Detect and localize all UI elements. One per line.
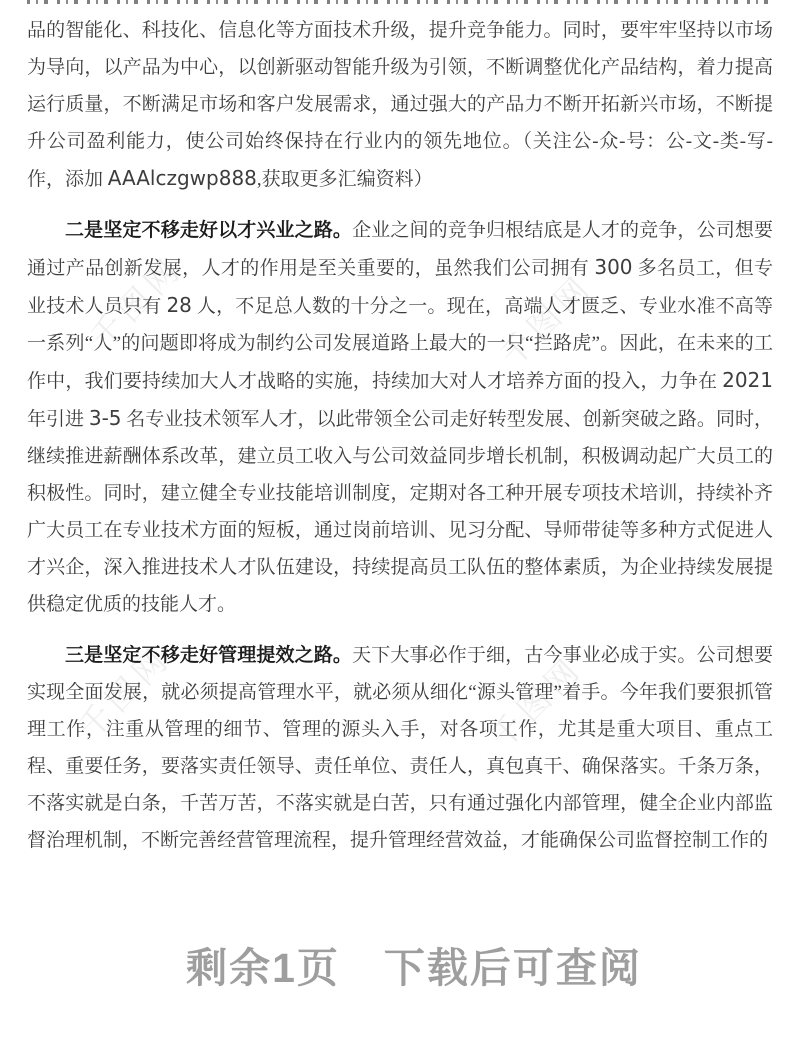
paragraph-2: 二是坚定不移走好以才兴业之路。企业之间的竞争归根结底是人才的竞争，公司想要通过产… xyxy=(27,212,773,623)
document-preview-page: 千图网 千图网 千图网 千图网 品的智能化、科技化、信息化等方面技术升级，提升竞… xyxy=(0,0,800,1050)
document-body: 品的智能化、科技化、信息化等方面技术升级，提升竞争能力。同时，要牢牢坚持以市场为… xyxy=(27,0,773,873)
paragraph-text: 品的智能化、科技化、信息化等方面技术升级，提升竞争能力。同时，要牢牢坚持以市场为… xyxy=(27,20,773,190)
pages-remaining-label: 剩余1页 xyxy=(186,945,340,991)
paragraph-heading: 二是坚定不移走好以才兴业之路。 xyxy=(65,220,352,241)
footer-banner: 剩余1页下载后可查阅 xyxy=(14,944,800,992)
paragraph-text: 天下大事必作于细，古今事业必成于实。公司想要实现全面发展，就必须提高管理水平，就… xyxy=(27,645,773,851)
paragraph-1: 品的智能化、科技化、信息化等方面技术升级，提升竞争能力。同时，要牢牢坚持以市场为… xyxy=(27,12,773,198)
paragraph-3: 三是坚定不移走好管理提效之路。天下大事必作于细，古今事业必成于实。公司想要实现全… xyxy=(27,637,773,859)
paragraph-text: 企业之间的竞争归根结底是人才的竞争，公司想要通过产品创新发展，人才的作用是至关重… xyxy=(27,220,773,615)
paragraph-heading: 三是坚定不移走好管理提效之路。 xyxy=(65,645,352,666)
download-hint-label: 下载后可查阅 xyxy=(384,945,642,991)
